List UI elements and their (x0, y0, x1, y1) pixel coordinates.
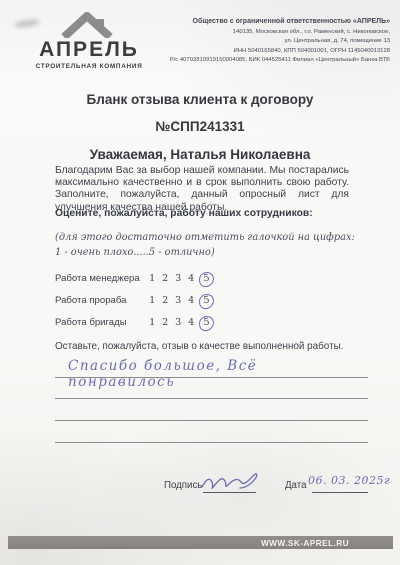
rating-number-3: 3 (172, 273, 185, 284)
rating-scale: 12345 (146, 273, 214, 284)
rating-label: Работа бригады (55, 317, 143, 328)
rating-number-2: 2 (159, 273, 172, 284)
thanks-paragraph: Благодарим Вас за выбор нашей компании. … (55, 165, 349, 214)
rating-selected-circle: 5 (198, 315, 215, 331)
rating-number-1: 1 (146, 295, 159, 306)
rating-row-crew: Работа бригады 12345 (55, 316, 355, 332)
client-salutation: Уважаемая, Наталья Николаевна (0, 147, 400, 162)
rating-number-1: 1 (146, 317, 159, 328)
rating-number-1: 1 (146, 273, 159, 284)
company-requisites: Общество с ограниченной ответственностью… (145, 18, 390, 66)
company-logo: АПРЕЛЬ СТРОИТЕЛЬНАЯ КОМПАНИЯ (24, 12, 154, 70)
company-address-line2: ул. Центральная, д. 74, помещение 13 (145, 37, 390, 46)
rating-scale: 12345 (146, 317, 214, 328)
rate-prompt: Оцените, пожалуйста, работу наших сотруд… (55, 208, 355, 219)
writing-line (55, 377, 368, 378)
rating-selected-circle: 5 (198, 271, 215, 287)
contract-number: №СПП241331 (0, 119, 400, 134)
date-label: Дата (285, 480, 306, 491)
signature-scribble (200, 469, 262, 495)
rating-number-4: 4 (185, 317, 198, 328)
rating-scale: 12345 (146, 295, 214, 306)
rating-number-3: 3 (172, 317, 185, 328)
logo-company-name: АПРЕЛЬ (24, 39, 154, 60)
writing-line (55, 420, 368, 421)
company-address-line1: 140135, Московская обл., г.о. Раменский,… (145, 28, 390, 37)
handwritten-review-text: Спасибо большое, Всё понравилось (68, 358, 368, 390)
handwritten-date: 06. 03. 2025г (308, 474, 388, 487)
scanned-feedback-form: АПРЕЛЬ СТРОИТЕЛЬНАЯ КОМПАНИЯ Общество с … (0, 0, 400, 565)
rate-scale-note: (для этого достаточно отметить галочкой … (55, 230, 355, 260)
rating-row-manager: Работа менеджера 12345 (55, 272, 355, 288)
rating-number-2: 2 (159, 317, 172, 328)
date-line (312, 492, 368, 493)
footer-website: WWW.SK-APREL.RU (261, 538, 349, 548)
house-roof-icon (60, 12, 118, 38)
company-bank-details: Р/с 40702810919150004085, БИК 044525411 … (145, 56, 390, 65)
company-registration-ids: ИНН 5040165840, КПП 504001001, ОГРН 1145… (145, 47, 390, 56)
review-prompt: Оставьте, пожалуйста, отзыв о качестве в… (55, 341, 375, 352)
writing-line (55, 398, 368, 399)
rating-number-3: 3 (172, 295, 185, 306)
signature-date-row: Подпись Дата 06. 03. 2025г (0, 475, 400, 505)
rating-row-foreman: Работа прораба 12345 (55, 294, 355, 310)
footer-bar: WWW.SK-APREL.RU (8, 536, 393, 549)
rating-number-2: 2 (159, 295, 172, 306)
company-legal-name: Общество с ограниченной ответственностью… (145, 18, 390, 25)
logo-company-tagline: СТРОИТЕЛЬНАЯ КОМПАНИЯ (24, 63, 154, 70)
form-title: Бланк отзыва клиента к договору (0, 92, 400, 107)
rating-selected-circle: 5 (198, 293, 215, 309)
rating-number-4: 4 (185, 273, 198, 284)
rating-number-4: 4 (185, 295, 198, 306)
rating-label: Работа прораба (55, 295, 143, 306)
writing-line (55, 442, 368, 443)
signature-label: Подпись (164, 480, 202, 491)
rating-label: Работа менеджера (55, 273, 143, 284)
document-title-block: Бланк отзыва клиента к договору №СПП2413… (0, 92, 400, 162)
